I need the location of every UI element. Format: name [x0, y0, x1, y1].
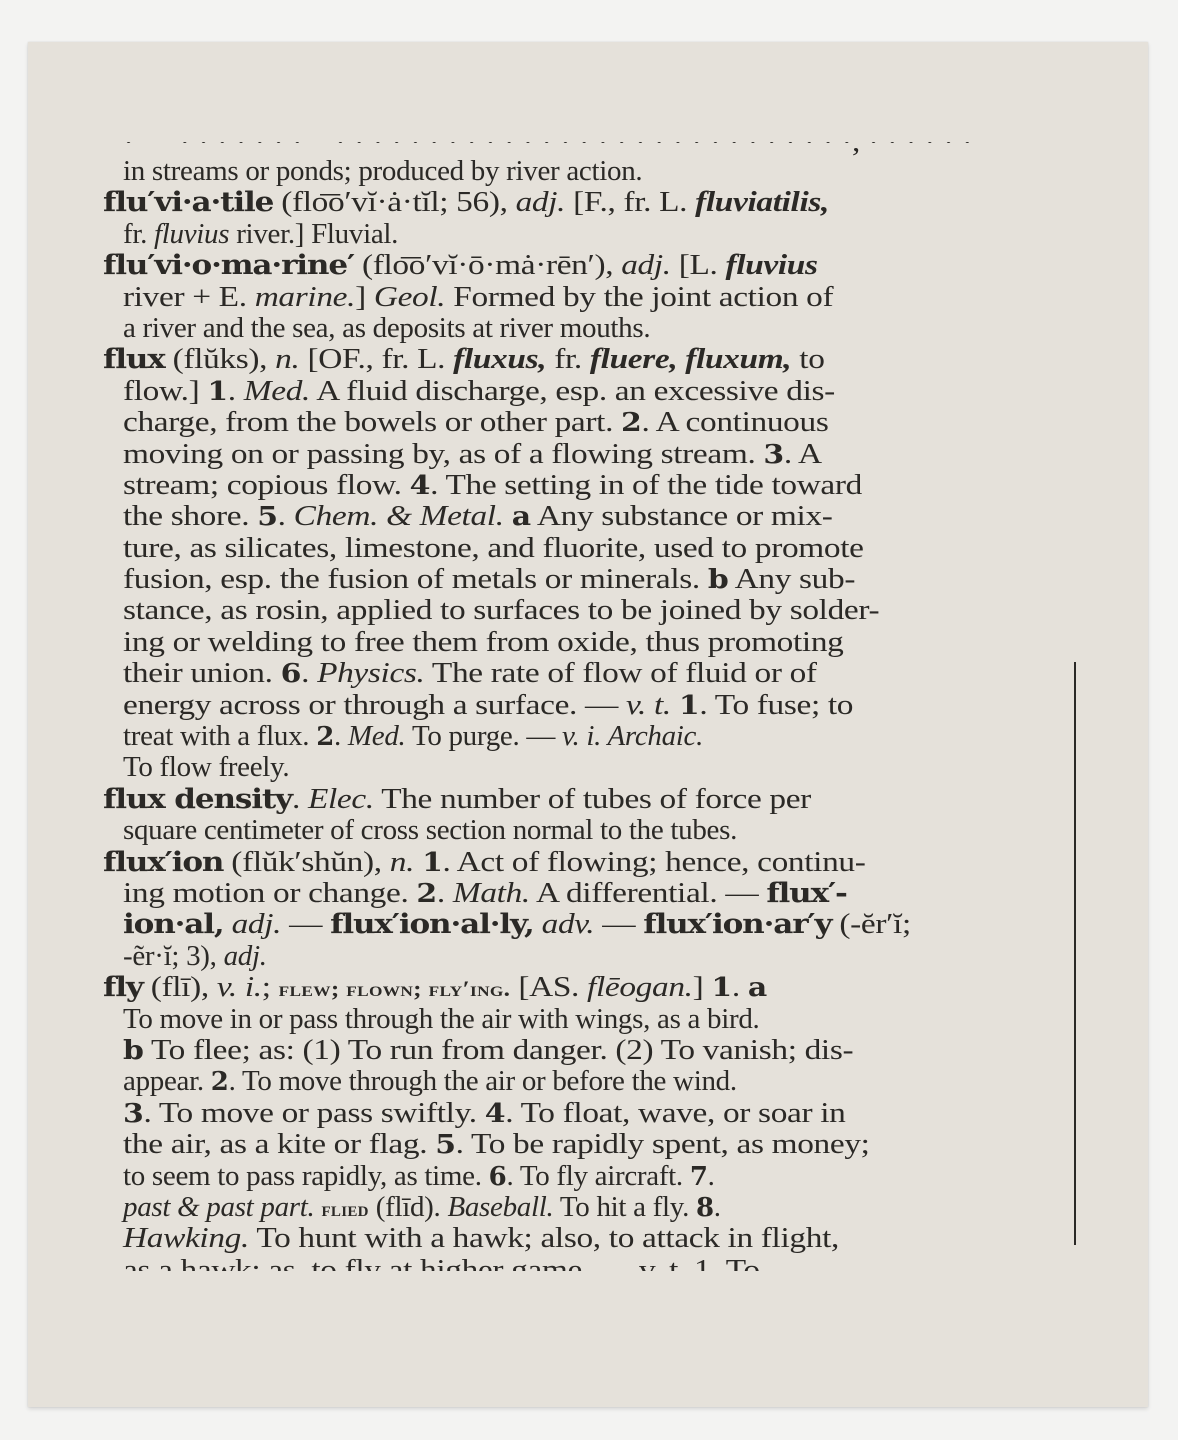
text: To flee; as: (1) To run from danger. (2)… — [144, 1034, 854, 1066]
text: . To be rapidly spent, as money; — [456, 1128, 870, 1160]
text-line: a river and the sea, as deposits at rive… — [103, 313, 1063, 344]
sense-number: a — [748, 973, 767, 1003]
text: ] — [355, 281, 374, 313]
text: [L. — [671, 249, 726, 281]
text-line: treat with a flux. 2. Med. To purge. — v… — [103, 721, 1063, 752]
italic-text: v. t. — [626, 689, 671, 721]
text-line: To flow freely. — [103, 752, 1063, 783]
sense-number: 2 — [211, 1067, 229, 1097]
italic-text: Med. — [244, 375, 310, 407]
italic-text: Baseball. — [447, 1191, 553, 1223]
text: Any substance or mix- — [531, 500, 833, 532]
text: to seem to pass rapidly, as time. — [123, 1160, 489, 1192]
text: . — [732, 971, 748, 1003]
italic-text: marine. — [255, 281, 355, 313]
text-line: flu′vi·a·tile (flo͞o′vĭ·ȧ·tĭl; 56), adj.… — [103, 187, 1063, 218]
text: To hit a fly. — [553, 1191, 695, 1223]
italic-text: fluvius — [154, 218, 229, 250]
text-line: past & past part. flied (flīd). Baseball… — [103, 1192, 1063, 1223]
text: (flŭks), — [165, 343, 275, 375]
text-line: flux (flŭks), n. [OF., fr. L. fluxus, fr… — [103, 344, 1063, 375]
sense-number: 3 — [763, 440, 783, 470]
text: in streams or ponds; produced by river a… — [123, 155, 642, 187]
sense-number: 1 — [711, 973, 731, 1003]
text: ] — [693, 971, 712, 1003]
text: (flīd). — [369, 1191, 448, 1223]
sense-number: 2 — [316, 722, 334, 752]
text-line: in streams or ponds; produced by river a… — [103, 156, 1063, 187]
text: (flo͞o′vĭ·ȧ·tĭl; 56), — [273, 186, 515, 218]
text: A differential. — — [530, 877, 766, 909]
italic-text: v. i. — [217, 971, 262, 1003]
text: — — [594, 908, 643, 940]
headword: flux′ion — [103, 847, 223, 878]
text: [F., fr. L. — [565, 186, 695, 218]
italic-text: adj. — [621, 249, 671, 281]
text: To move in or pass through the air with … — [123, 1003, 760, 1035]
text-line: 3. To move or pass swiftly. 4. To float,… — [103, 1098, 1063, 1129]
text: [OF., fr. L. — [299, 343, 453, 375]
headword: ion·al, — [123, 909, 224, 940]
text: river + E. — [123, 281, 255, 313]
text-line: ing motion or change. 2. Math. A differe… — [103, 878, 1063, 909]
text-line: flow.] 1. Med. A fluid discharge, esp. a… — [103, 376, 1063, 407]
headword: flu′vi·a·tile — [103, 187, 273, 218]
italic-text: adj. — [516, 186, 566, 218]
sense-number: 2 — [416, 879, 436, 909]
text: fusion, esp. the fusion of metals or min… — [123, 563, 708, 595]
italic-text: flēogan. — [587, 971, 693, 1003]
dictionary-column: · ´ ˇ · · · · · · · ¯ · · · · · · · · · … — [103, 142, 1063, 1271]
etymon: fluxus, — [453, 343, 546, 375]
text-line: the air, as a kite or flag. 5. To be rap… — [103, 1129, 1063, 1160]
headword: flux′ion·ar′y — [643, 909, 831, 940]
text: . — [278, 500, 294, 532]
etymon: fluviatilis, — [695, 186, 829, 218]
text: flow.] — [123, 375, 207, 407]
text: To flow freely. — [123, 751, 289, 783]
text: ture, as silicates, limestone, and fluor… — [123, 532, 864, 564]
text: stance, as rosin, applied to surfaces to… — [123, 594, 879, 626]
text-line: square centimeter of cross section norma… — [103, 815, 1063, 846]
text-line: flux density. Elec. The number of tubes … — [103, 784, 1063, 815]
text-line: ion·al, adj. — flux′ion·al·ly, adv. — fl… — [103, 909, 1063, 940]
text: (flŭk′shŭn), — [223, 846, 389, 878]
text: ing motion or change. — [123, 877, 416, 909]
text-line: the shore. 5. Chem. & Metal. a Any subst… — [103, 501, 1063, 532]
text: -ẽr·ĭ; 3), — [123, 940, 224, 972]
text-line: flux′ion (flŭk′shŭn), n. 1. Act of flowi… — [103, 847, 1063, 878]
text: energy across or through a surface. — — [123, 689, 626, 721]
text: [AS. — [510, 971, 587, 1003]
text-line: fr. fluvius river.] Fluvial. — [103, 219, 1063, 250]
text: charge, from the bowels or other part. — [123, 406, 621, 438]
text: the air, as a kite or flag. — [123, 1128, 435, 1160]
text: to — [791, 343, 824, 375]
italic-text: v. i. Archaic. — [562, 720, 703, 752]
text: . To fly aircraft. — [506, 1160, 689, 1192]
italic-text: Hawking. — [123, 1222, 249, 1254]
headword: flux — [103, 344, 165, 375]
sense-number: 1 — [207, 377, 227, 407]
headword: flu′vi·o·ma·rine′ — [103, 250, 354, 281]
italic-text: Physics. — [317, 657, 424, 689]
text: . — [301, 657, 317, 689]
text — [534, 908, 542, 940]
italic-text: adv. — [542, 908, 595, 940]
column-rule — [1074, 662, 1076, 1245]
text-line: as a hawk: as, to fly at higher game. — … — [103, 1255, 1063, 1271]
text-line: to seem to pass rapidly, as time. 6. To … — [103, 1161, 1063, 1192]
text: (-ĕr′ĭ; — [831, 908, 911, 940]
sense-number: 7 — [690, 1162, 708, 1192]
text-line: b To flee; as: (1) To run from danger. (… — [103, 1035, 1063, 1066]
sense-number: 4 — [485, 1099, 505, 1129]
sense-number: 4 — [410, 471, 430, 501]
text: square centimeter of cross section norma… — [123, 814, 737, 846]
text: ing or welding to free them from oxide, … — [123, 626, 844, 658]
italic-text: past & past part. — [123, 1191, 315, 1223]
text-line: -ẽr·ĭ; 3), adj. — [103, 941, 1063, 972]
text-line: river + E. marine.] Geol. Formed by the … — [103, 282, 1063, 313]
etymon: fluere, fluxum, — [590, 343, 791, 375]
text: . To move or pass swiftly. — [143, 1097, 484, 1129]
text-line: To move in or pass through the air with … — [103, 1004, 1063, 1035]
sense-number: 5 — [435, 1130, 455, 1160]
text: river.] Fluvial. — [229, 218, 398, 250]
text: the shore. — [123, 500, 257, 532]
text: fr. — [546, 343, 590, 375]
text: (flī), — [143, 971, 217, 1003]
inflection: flied — [321, 1196, 368, 1221]
text: . — [437, 877, 453, 909]
text-line: Hawking. To hunt with a hawk; also, to a… — [103, 1223, 1063, 1254]
text: stream; copious flow. — [123, 469, 410, 501]
sense-number: 3 — [123, 1099, 143, 1129]
inflection: flew; flown; fly′ing. — [279, 976, 511, 1001]
text: ; — [262, 971, 279, 1003]
text: . Act of flowing; hence, continu- — [443, 846, 866, 878]
sense-number: b — [708, 565, 729, 595]
italic-text: n. — [275, 343, 299, 375]
italic-text: Elec. — [308, 783, 374, 815]
text: Formed by the joint action of — [445, 281, 833, 313]
text: The rate of flow of fluid or of — [425, 657, 817, 689]
italic-text: adj. — [232, 908, 282, 940]
headword: flux′- — [766, 878, 846, 909]
text: . A continuous — [642, 406, 829, 438]
text: as a hawk: as, to fly at higher game. — … — [123, 1255, 760, 1271]
text: treat with a flux. — [123, 720, 316, 752]
dictionary-page: · ´ ˇ · · · · · · · ¯ · · · · · · · · · … — [28, 42, 1148, 1407]
headword: flux density — [103, 784, 292, 815]
text: . To float, wave, or soar in — [505, 1097, 845, 1129]
text-line: ing or welding to free them from oxide, … — [103, 627, 1063, 658]
text-line: stream; copious flow. 4. The setting in … — [103, 470, 1063, 501]
text-line: · ´ ˇ · · · · · · · ¯ · · · · · · · · · … — [103, 142, 1063, 156]
text-line: their union. 6. Physics. The rate of flo… — [103, 658, 1063, 689]
headword: fly — [103, 972, 143, 1003]
text: . — [334, 720, 348, 752]
italic-text: Geol. — [374, 281, 445, 313]
text-line: fusion, esp. the fusion of metals or min… — [103, 564, 1063, 595]
text: . The setting in of the tide toward — [430, 469, 862, 501]
sense-number: 1 — [679, 691, 699, 721]
text: A fluid discharge, esp. an excessive dis… — [310, 375, 835, 407]
italic-text: n. — [390, 846, 414, 878]
sense-number: 2 — [621, 408, 641, 438]
text: . To fuse; to — [699, 689, 853, 721]
text-line: appear. 2. To move through the air or be… — [103, 1066, 1063, 1097]
sense-number: b — [123, 1036, 144, 1066]
italic-text: adj. — [224, 940, 267, 972]
text — [504, 500, 512, 532]
text: appear. — [123, 1065, 211, 1097]
text: To purge. — — [406, 720, 563, 752]
text: The number of tubes of force per — [374, 783, 811, 815]
text: . — [228, 375, 244, 407]
headword: flux′ion·al·ly, — [330, 909, 533, 940]
text: . — [292, 783, 308, 815]
text-line: energy across or through a surface. — v.… — [103, 690, 1063, 721]
sense-number: 6 — [489, 1162, 507, 1192]
text: (flo͞o′vĭ·ō·mȧ·rēn′), — [354, 249, 621, 281]
text: their union. — [123, 657, 281, 689]
etymon: fluvius — [726, 249, 818, 281]
text: . A — [784, 438, 822, 470]
text: fr. — [123, 218, 154, 250]
sense-number: 6 — [281, 659, 301, 689]
text-line: stance, as rosin, applied to surfaces to… — [103, 595, 1063, 626]
italic-text: Chem. & Metal. — [294, 500, 504, 532]
text: — — [281, 908, 330, 940]
sense-number: 5 — [257, 502, 277, 532]
text: moving on or passing by, as of a flowing… — [123, 438, 763, 470]
text: Any sub- — [728, 563, 855, 595]
italic-text: Med. — [348, 720, 406, 752]
text-line: flu′vi·o·ma·rine′ (flo͞o′vĭ·ō·mȧ·rēn′), … — [103, 250, 1063, 281]
text: . — [714, 1191, 721, 1223]
text: · ´ ˇ · · · · · · · ¯ · · · · · · · · · … — [123, 142, 972, 156]
text-line: ture, as silicates, limestone, and fluor… — [103, 533, 1063, 564]
sense-number: 1 — [422, 848, 442, 878]
text: a river and the sea, as deposits at rive… — [123, 312, 650, 344]
text: . To move through the air or before the … — [229, 1065, 737, 1097]
text: To hunt with a hawk; also, to attack in … — [249, 1222, 839, 1254]
sense-number: 8 — [696, 1193, 714, 1223]
text-line: moving on or passing by, as of a flowing… — [103, 439, 1063, 470]
text: . — [708, 1160, 715, 1192]
italic-text: Math. — [453, 877, 530, 909]
sense-number: a — [512, 502, 531, 532]
text-line: charge, from the bowels or other part. 2… — [103, 407, 1063, 438]
text-line: fly (flī), v. i.; flew; flown; fly′ing. … — [103, 972, 1063, 1003]
